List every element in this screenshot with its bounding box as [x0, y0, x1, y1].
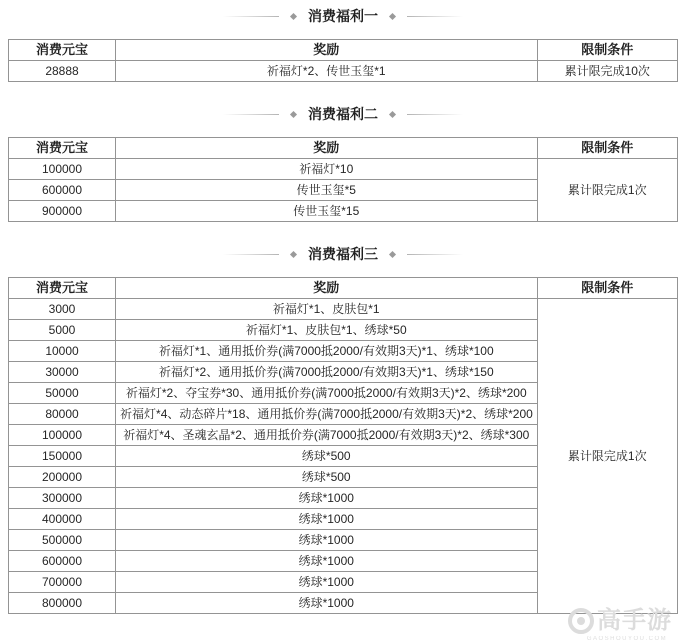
reward-cell: 传世玉玺*15 [116, 201, 537, 222]
table-row: 3000祈福灯*1、皮肤包*1累计限完成1次 [9, 299, 678, 320]
header-row: 消费元宝 奖励 限制条件 [9, 278, 678, 299]
column-header-limit: 限制条件 [537, 278, 678, 299]
reward-cell: 绣球*1000 [116, 551, 537, 572]
column-header-cost: 消费元宝 [9, 278, 116, 299]
reward-cell: 祈福灯*10 [116, 159, 537, 180]
reward-cell: 祈福灯*1、皮肤包*1、绣球*50 [116, 320, 537, 341]
section-title: 消费福利二 [8, 106, 678, 123]
header-row: 消费元宝 奖励 限制条件 [9, 138, 678, 159]
column-header-cost: 消费元宝 [9, 138, 116, 159]
cost-cell: 3000 [9, 299, 116, 320]
limit-cell: 累计限完成1次 [537, 299, 678, 614]
reward-cell: 绣球*1000 [116, 488, 537, 509]
reward-cell: 绣球*500 [116, 467, 537, 488]
benefit-table-3: 消费元宝 奖励 限制条件 3000祈福灯*1、皮肤包*1累计限完成1次5000祈… [8, 277, 678, 614]
cost-cell: 80000 [9, 404, 116, 425]
title-line-left [223, 16, 279, 17]
reward-cell: 祈福灯*1、皮肤包*1 [116, 299, 537, 320]
title-line-right [407, 16, 463, 17]
section-benefit-1: 消费福利一 消费元宝 奖励 限制条件 28888祈福灯*2、传世玉玺*1累计限完… [8, 8, 678, 82]
reward-cell: 传世玉玺*5 [116, 180, 537, 201]
cost-cell: 200000 [9, 467, 116, 488]
cost-cell: 50000 [9, 383, 116, 404]
cost-cell: 600000 [9, 180, 116, 201]
cost-cell: 30000 [9, 362, 116, 383]
cost-cell: 150000 [9, 446, 116, 467]
limit-cell: 累计限完成1次 [537, 159, 678, 222]
reward-cell: 绣球*500 [116, 446, 537, 467]
diamond-icon [389, 251, 396, 258]
section-title-text: 消费福利一 [308, 8, 378, 25]
reward-cell: 祈福灯*2、夺宝券*30、通用抵价券(满7000抵2000/有效期3天)*2、绣… [116, 383, 537, 404]
reward-cell: 绣球*1000 [116, 593, 537, 614]
reward-cell: 祈福灯*4、动态碎片*18、通用抵价券(满7000抵2000/有效期3天)*2、… [116, 404, 537, 425]
reward-cell: 祈福灯*2、传世玉玺*1 [116, 61, 537, 82]
section-title: 消费福利一 [8, 8, 678, 25]
column-header-cost: 消费元宝 [9, 40, 116, 61]
diamond-icon [290, 251, 297, 258]
benefit-table-1: 消费元宝 奖励 限制条件 28888祈福灯*2、传世玉玺*1累计限完成10次 [8, 39, 678, 82]
header-row: 消费元宝 奖励 限制条件 [9, 40, 678, 61]
cost-cell: 600000 [9, 551, 116, 572]
section-benefit-3: 消费福利三 消费元宝 奖励 限制条件 3000祈福灯*1、皮肤包*1累计限完成1… [8, 246, 678, 614]
cost-cell: 10000 [9, 341, 116, 362]
title-line-left [223, 114, 279, 115]
diamond-icon [389, 13, 396, 20]
column-header-limit: 限制条件 [537, 40, 678, 61]
limit-cell: 累计限完成10次 [537, 61, 678, 82]
table-row: 28888祈福灯*2、传世玉玺*1累计限完成10次 [9, 61, 678, 82]
cost-cell: 700000 [9, 572, 116, 593]
reward-cell: 祈福灯*4、圣魂玄晶*2、通用抵价券(满7000抵2000/有效期3天)*2、绣… [116, 425, 537, 446]
table-row: 100000祈福灯*10累计限完成1次 [9, 159, 678, 180]
reward-cell: 绣球*1000 [116, 509, 537, 530]
column-header-reward: 奖励 [116, 278, 537, 299]
diamond-icon [389, 111, 396, 118]
cost-cell: 900000 [9, 201, 116, 222]
title-line-left [223, 254, 279, 255]
column-header-limit: 限制条件 [537, 138, 678, 159]
watermark-subtext: GAOSHOUYOU.COM [568, 636, 686, 642]
reward-cell: 绣球*1000 [116, 530, 537, 551]
section-title-text: 消费福利二 [308, 106, 378, 123]
cost-cell: 100000 [9, 159, 116, 180]
section-benefit-2: 消费福利二 消费元宝 奖励 限制条件 100000祈福灯*10累计限完成1次60… [8, 106, 678, 222]
title-line-right [407, 114, 463, 115]
diamond-icon [290, 13, 297, 20]
cost-cell: 100000 [9, 425, 116, 446]
reward-cell: 祈福灯*2、通用抵价券(满7000抵2000/有效期3天)*1、绣球*150 [116, 362, 537, 383]
cost-cell: 400000 [9, 509, 116, 530]
diamond-icon [290, 111, 297, 118]
reward-cell: 绣球*1000 [116, 572, 537, 593]
column-header-reward: 奖励 [116, 138, 537, 159]
section-title-text: 消费福利三 [308, 246, 378, 263]
cost-cell: 800000 [9, 593, 116, 614]
cost-cell: 28888 [9, 61, 116, 82]
reward-cell: 祈福灯*1、通用抵价券(满7000抵2000/有效期3天)*1、绣球*100 [116, 341, 537, 362]
column-header-reward: 奖励 [116, 40, 537, 61]
cost-cell: 300000 [9, 488, 116, 509]
title-line-right [407, 254, 463, 255]
benefit-table-2: 消费元宝 奖励 限制条件 100000祈福灯*10累计限完成1次600000传世… [8, 137, 678, 222]
section-title: 消费福利三 [8, 246, 678, 263]
cost-cell: 500000 [9, 530, 116, 551]
cost-cell: 5000 [9, 320, 116, 341]
